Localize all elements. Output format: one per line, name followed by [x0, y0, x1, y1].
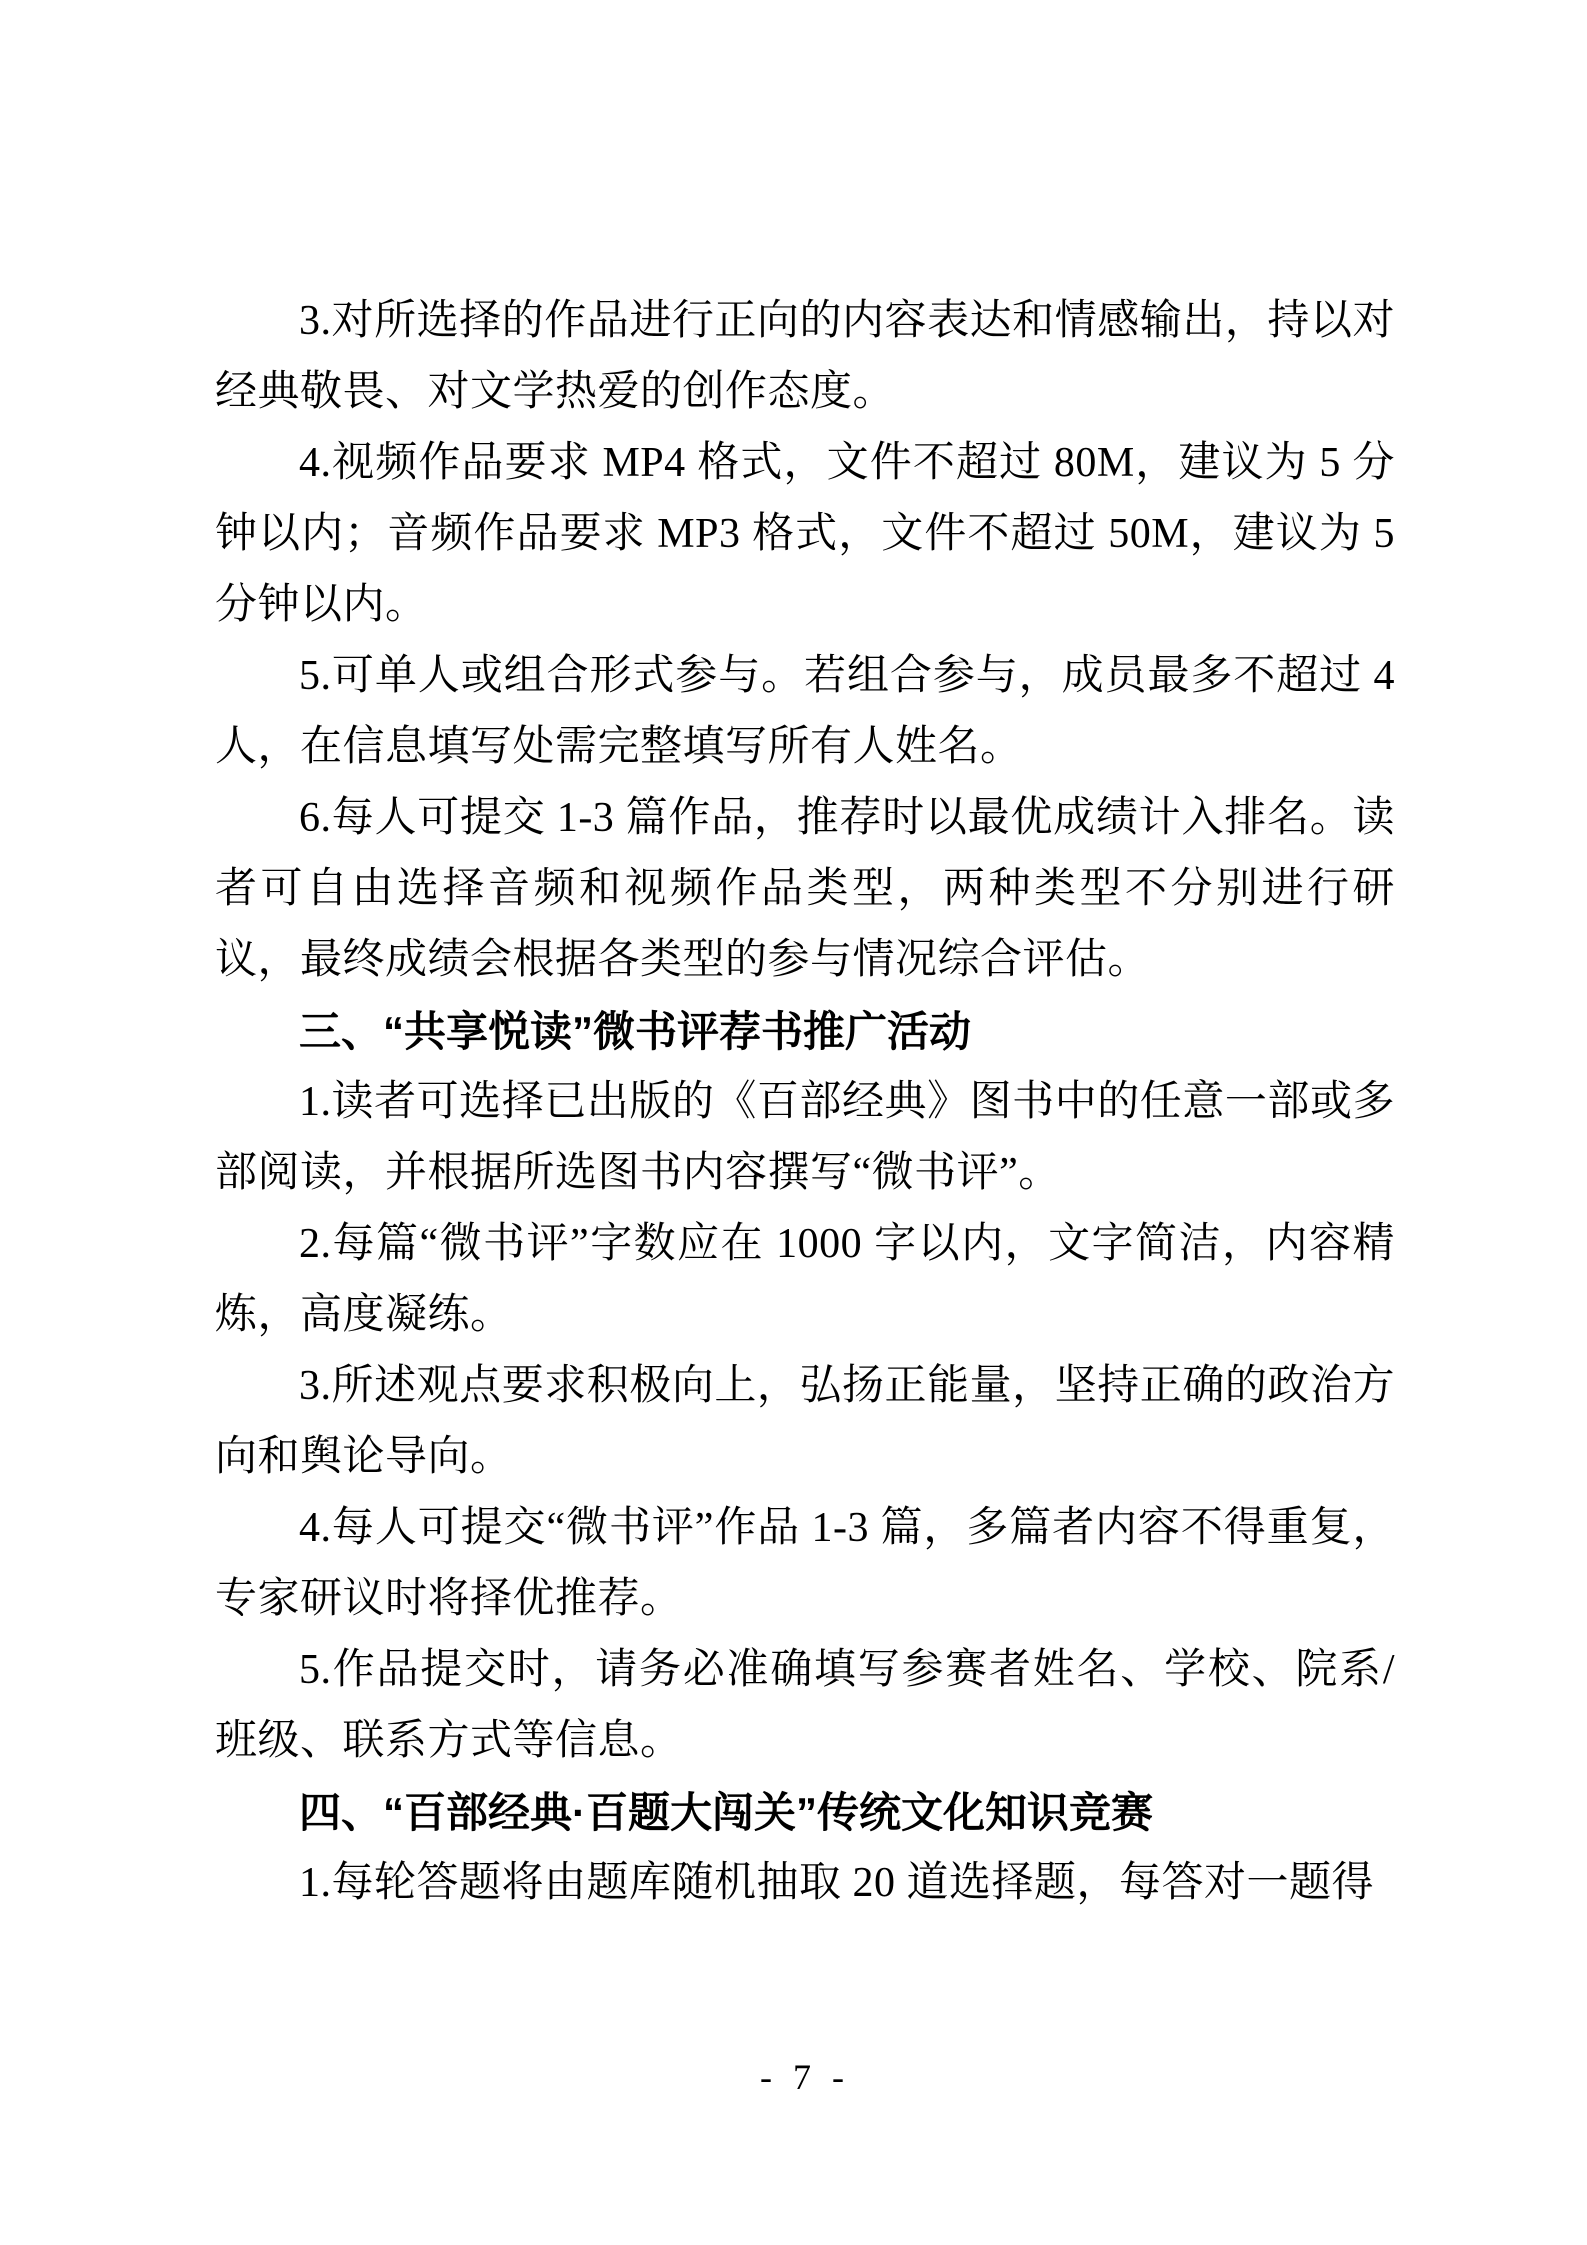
section-heading: 四、“百部经典·百题大闯关”传统文化知识竞赛 [215, 1777, 1395, 1848]
document-page: 3.对所选择的作品进行正向的内容表达和情感输出，持以对经典敬畏、对文学热爱的创作… [0, 0, 1587, 2245]
paragraph: 4.视频作品要求 MP4 格式，文件不超过 80M，建议为 5 分钟以内；音频作… [215, 428, 1395, 641]
paragraph: 3.对所选择的作品进行正向的内容表达和情感输出，持以对经典敬畏、对文学热爱的创作… [215, 286, 1395, 428]
paragraph: 2.每篇“微书评”字数应在 1000 字以内，文字简洁，内容精炼，高度凝练。 [215, 1209, 1395, 1351]
paragraph: 5.可单人或组合形式参与。若组合参与，成员最多不超过 4 人，在信息填写处需完整… [215, 641, 1395, 783]
paragraph: 4.每人可提交“微书评”作品 1-3 篇，多篇者内容不得重复，专家研议时将择优推… [215, 1493, 1395, 1635]
section-heading: 三、“共享悦读”微书评荐书推广活动 [215, 996, 1395, 1067]
paragraph: 1.每轮答题将由题库随机抽取 20 道选择题，每答对一题得 [215, 1848, 1395, 1919]
document-body: 3.对所选择的作品进行正向的内容表达和情感输出，持以对经典敬畏、对文学热爱的创作… [215, 286, 1395, 1919]
page-number: - 7 - [760, 2057, 850, 2097]
paragraph: 6.每人可提交 1-3 篇作品，推荐时以最优成绩计入排名。读者可自由选择音频和视… [215, 783, 1395, 996]
paragraph: 1.读者可选择已出版的《百部经典》图书中的任意一部或多部阅读，并根据所选图书内容… [215, 1067, 1395, 1209]
page-footer: - 7 - [215, 2056, 1395, 2098]
paragraph: 5.作品提交时，请务必准确填写参赛者姓名、学校、院系/班级、联系方式等信息。 [215, 1635, 1395, 1777]
paragraph: 3.所述观点要求积极向上，弘扬正能量，坚持正确的政治方向和舆论导向。 [215, 1351, 1395, 1493]
